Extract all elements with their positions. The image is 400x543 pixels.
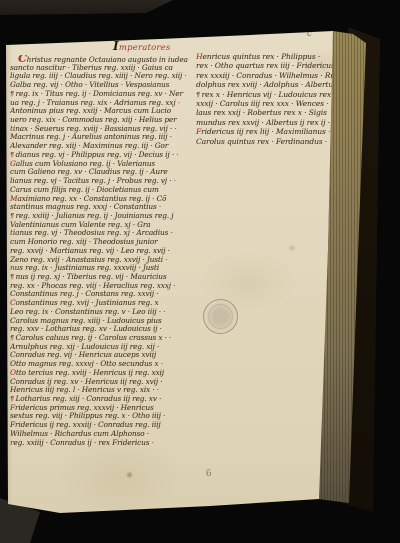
- manuscript-text-line: laus rex xxij · Robertus rex x · Sigis: [196, 108, 334, 117]
- manuscript-text-line: Wilhelmus · Richardus cum Alphonso ·: [10, 430, 188, 439]
- manuscript-text-line: cum Galieno reg. xv · Claudius reg. ij ·…: [10, 168, 188, 177]
- manuscript-text-line: Galba reg. vij · Otho · Vitellius · Vesp…: [10, 81, 188, 90]
- manuscript-text-line: mundus rex xxvij · Albertus ij rex ij ·: [196, 118, 334, 127]
- manuscript-text-line: Christus regnante Octauiano augusto in i…: [10, 55, 188, 64]
- manuscript-text-line: reg. ix · Titus reg. ij · Domicianus reg…: [10, 90, 188, 99]
- manuscript-text-line: Zeno reg. xvij · Anastasius reg. xxvij ·…: [10, 256, 188, 265]
- manuscript-text-line: uero reg. xix · Commodus reg. xiij · Hel…: [10, 116, 188, 125]
- page-heading-rubric: Imperatores: [113, 39, 203, 52]
- manuscript-text-line: Otto tercius reg. xviij · Henricus ij re…: [10, 369, 188, 378]
- manuscript-text-line: Valentinianus cum Valente reg. xj · Gra: [10, 221, 188, 230]
- manuscript-text-line: Constantinus reg. xvij · Justinianus reg…: [10, 299, 188, 308]
- manuscript-text-line: rex · Otho quartus rex iiij · Fridericus: [196, 61, 334, 70]
- manuscript-text-line: stantinus magnus reg. xxxj · Constantius: [10, 203, 188, 212]
- manuscript-text-line: reg. xxv · Lotharius reg. xv · Ludouicus…: [10, 325, 188, 334]
- manuscript-text-line: dianus reg. vj · Philippus reg. vij · De…: [10, 151, 188, 160]
- pencil-foliation-mark: 6: [205, 469, 212, 480]
- manuscript-text-line: rex x · Henricus vij · Ludouicus rex ·: [196, 90, 334, 99]
- manuscript-text-line: Carolus magnus reg. xiiij · Ludouicus pi…: [10, 317, 188, 326]
- manuscript-text-line: reg. xxiiij · Julianus reg. ij · Jouinia…: [10, 212, 188, 221]
- manuscript-text-line: Gallus cum Volusiano reg. ij · Valerianu…: [10, 160, 188, 169]
- manuscript-text-line: ua reg. j · Traianus reg. xix · Adrianus…: [10, 99, 188, 108]
- manuscript-text-line: nus ij reg. xj · Tiberius reg. vij · Mau…: [10, 273, 188, 282]
- manuscript-text-line: sancto nascitur · Tiberius reg. xxiij · …: [10, 64, 188, 73]
- manuscript-text-line: Carolus caluus reg. ij · Carolus crassus…: [10, 334, 188, 343]
- round-library-stamp-icon: [203, 299, 238, 334]
- manuscript-text-line: Henricus quintus rex · Philippus ·: [196, 52, 334, 61]
- text-column-left: Christus regnante Octauiano augusto in i…: [10, 55, 188, 449]
- manuscript-text-line: cum Honorio reg. xiij · Theodosius junio…: [10, 238, 188, 247]
- manuscript-text-line: Constantinus reg. j · Constans reg. xxvi…: [10, 290, 188, 299]
- manuscript-text-line: Carolus quintus rex · Ferdinandus ·: [196, 137, 334, 146]
- manuscript-text-line: Conradus reg. vij · Henricus auceps xvii…: [10, 351, 188, 360]
- ink-spot: [126, 471, 133, 479]
- manuscript-text-line: Maximiano reg. xx · Constantius reg. ij …: [10, 195, 188, 204]
- manuscript-text-line: ligula reg. iiij · Claudius reg. xiiij ·…: [10, 72, 188, 81]
- manuscript-text-line: sextus reg. viij · Philippus reg. x · Ot…: [10, 412, 188, 421]
- manuscript-text-line: Lotharius reg. xiij · Conradus iij reg. …: [10, 395, 188, 404]
- manuscript-text-line: Otto magnus reg. xxxvj · Otto secundus x: [10, 360, 188, 369]
- manuscript-text-line: reg. xxiiij · Conradus ij · rex Frideric…: [10, 439, 188, 448]
- manuscript-text-line: xxxij · Carolus iiij rex xxx · Wences: [196, 99, 334, 108]
- manuscript-text-line: Antoninus pius reg. xxiij · Marcus cum L…: [10, 107, 188, 116]
- backdrop-shadow-top: [0, 0, 400, 18]
- manuscript-text-line: nus reg. ix · Justinianus reg. xxxviij ·…: [10, 264, 188, 273]
- manuscript-text-line: Arnulphus reg. xij · Ludouicus iij reg. …: [10, 343, 188, 352]
- manuscript-text-line: Henricus iiij reg. l · Henricus v reg. x…: [10, 386, 188, 395]
- manuscript-text-line: reg. xxvij · Martianus reg. vij · Leo re…: [10, 247, 188, 256]
- manuscript-text-line: tinax · Seuerus reg. xviij · Bassianus r…: [10, 125, 188, 134]
- manuscript-text-line: Carus cum filijs reg. ij · Diocletianus …: [10, 186, 188, 195]
- manuscript-text-line: Fridericus primus reg. xxxvij · Henricus: [10, 404, 188, 413]
- folio-mark: c: [307, 29, 312, 39]
- manuscript-text-line: Leo reg. ix · Constantinus reg. v · Leo …: [10, 308, 188, 317]
- manuscript-text-line: dolphus rex xviij · Adolphus · Albertus: [196, 80, 334, 89]
- text-column-right: Henricus quintus rex · Philippus ·rex · …: [196, 52, 334, 148]
- manuscript-text-line: rex xxxiij · Conradus · Wilhelmus · Ru: [196, 71, 334, 80]
- manuscript-text-line: reg. xx · Phocas reg. viij · Heraclius r…: [10, 282, 188, 291]
- manuscript-text-line: Conradus ij reg. xv · Henricus iij reg. …: [10, 378, 188, 387]
- manuscript-text-line: Alexander reg. xiij · Maximinus reg. iij…: [10, 142, 188, 151]
- manuscript-photo: Imperatores c Christus regnante Octauian…: [0, 0, 400, 543]
- manuscript-text-line: Macrinus reg. j · Aurelius antoninus reg…: [10, 133, 188, 142]
- manuscript-text-line: Fridericus ij reg. xxxiij · Conradus reg…: [10, 421, 188, 430]
- faint-stain: [287, 245, 297, 251]
- manuscript-text-line: lianus reg. vj · Tacitus reg. j · Probus…: [10, 177, 188, 186]
- manuscript-text-line: tianus reg. vj · Theodosius reg. xj · Ar…: [10, 229, 188, 238]
- manuscript-text-line: Fridericus iij rex liij · Maximilianus: [196, 127, 334, 136]
